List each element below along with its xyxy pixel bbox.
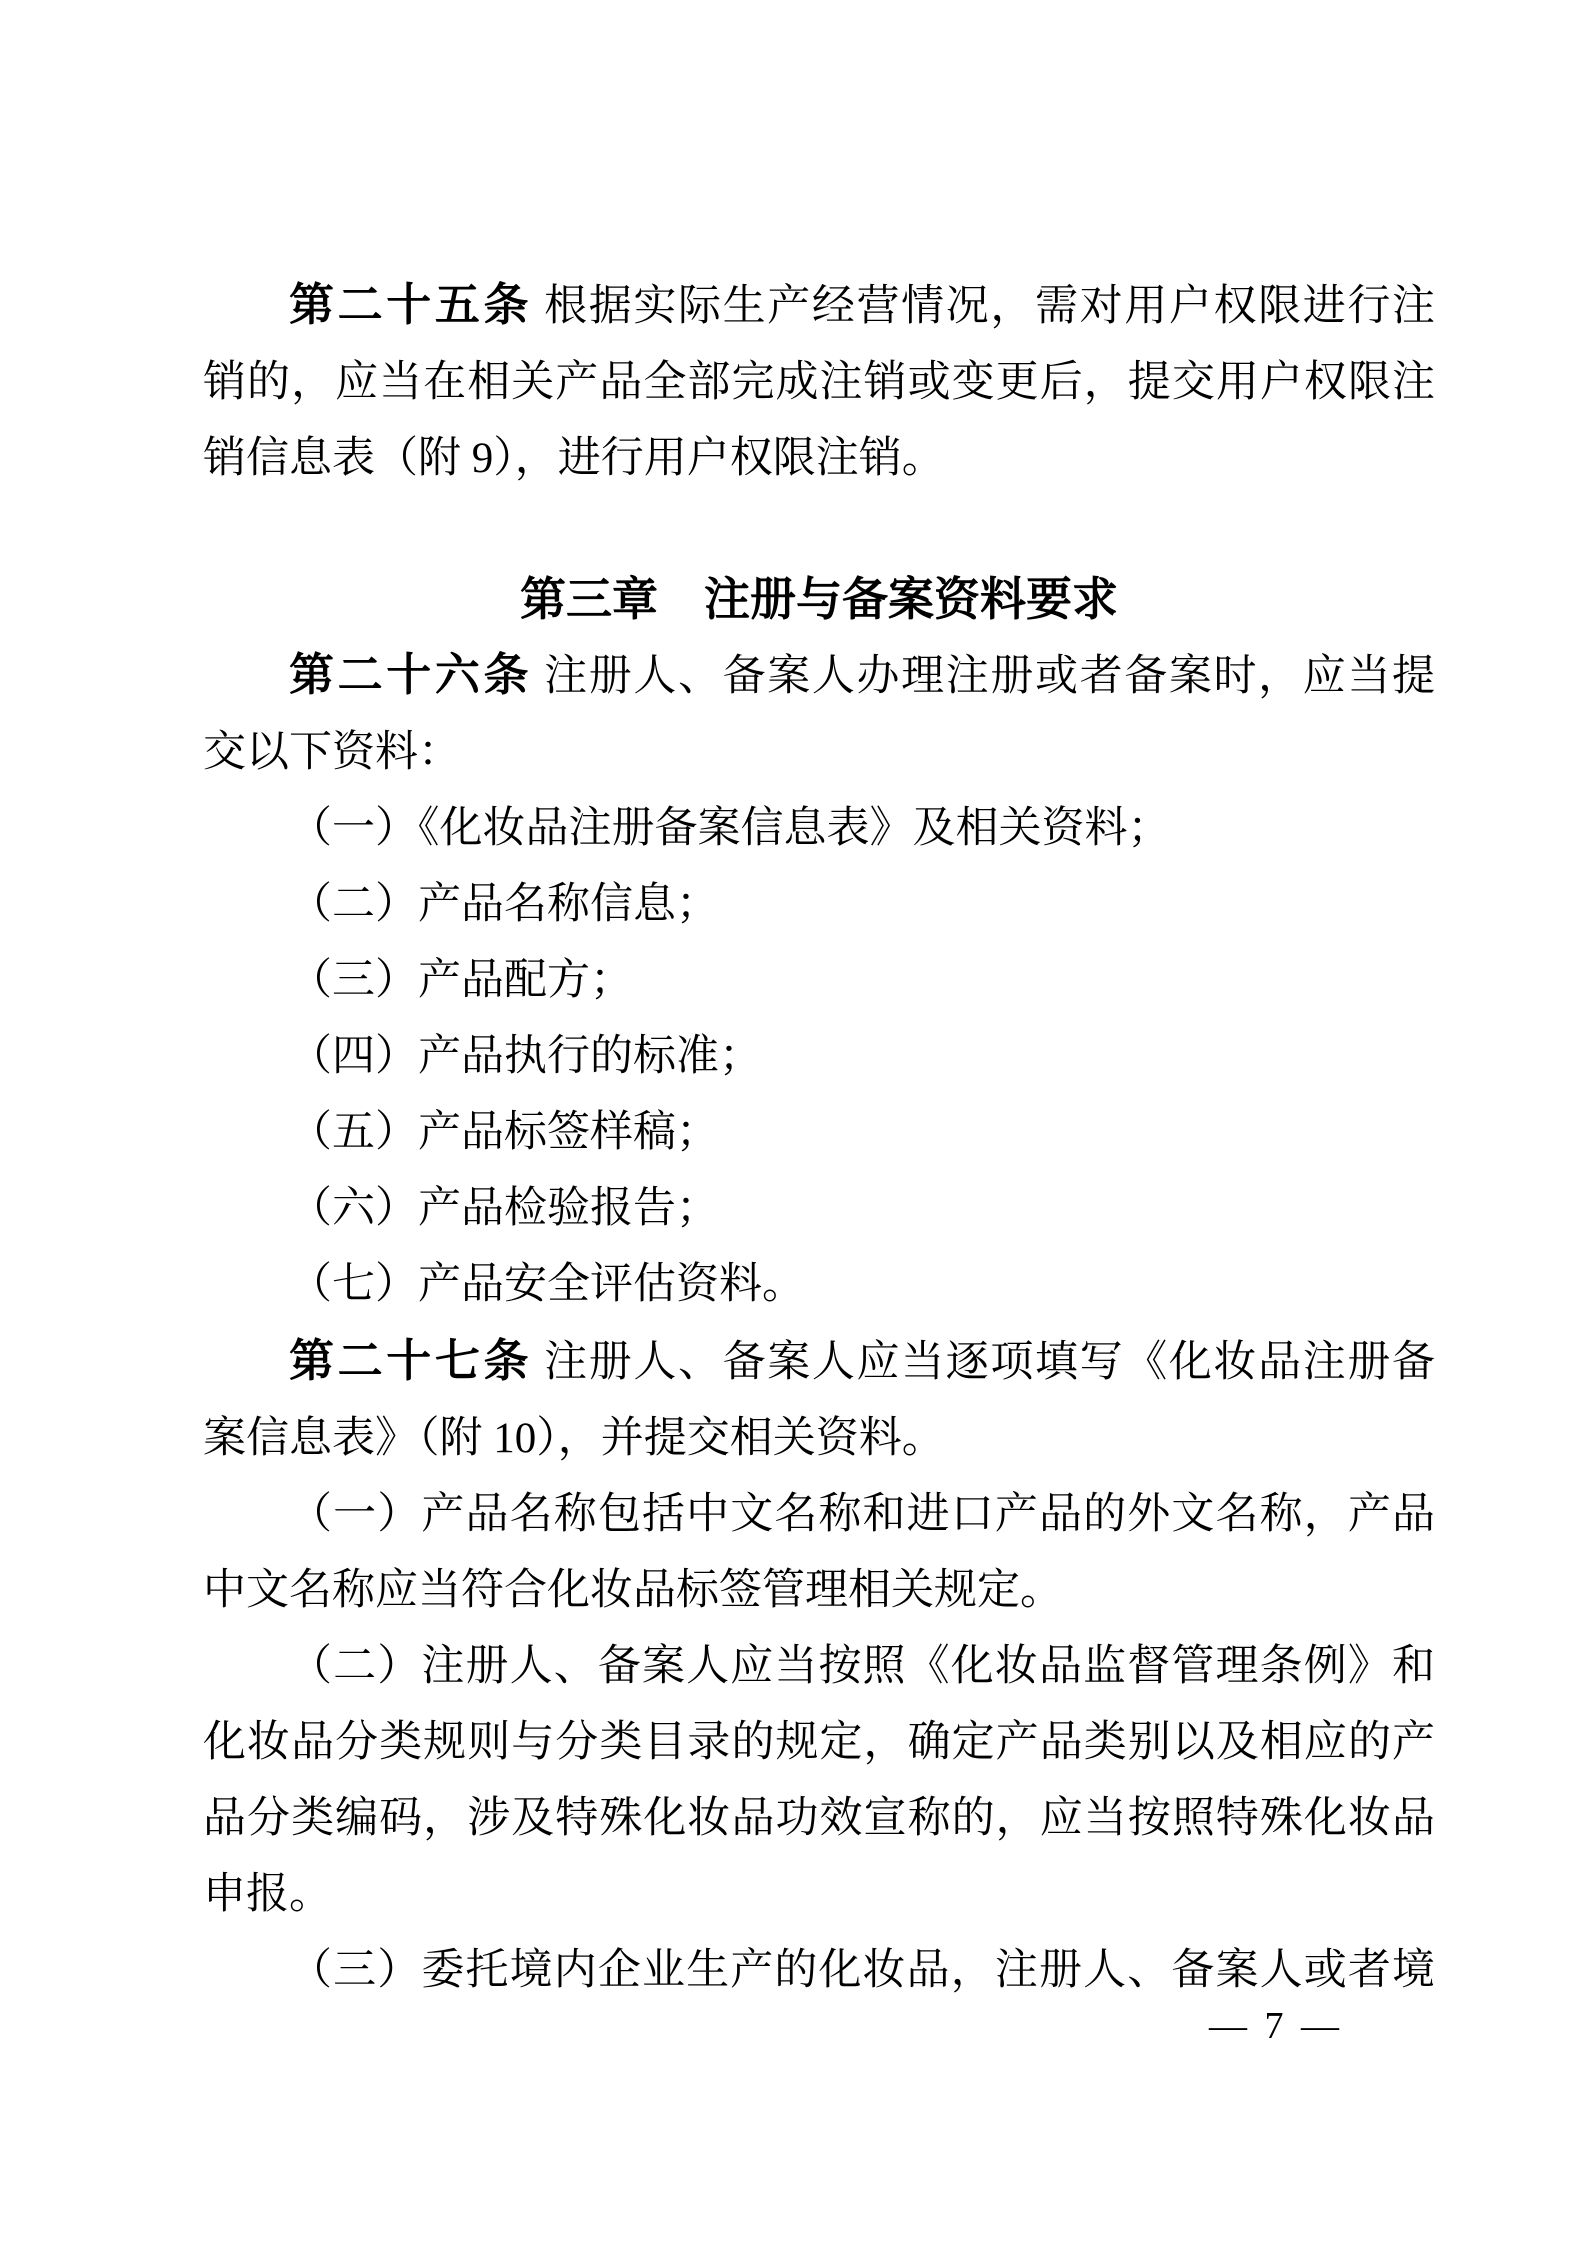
text-line: （三）委托境内企业生产的化妆品，注册人、备案人或者境: [203, 1933, 1435, 2009]
page-number: — 7 —: [1209, 2002, 1343, 2050]
text-segment: 注册人、备案人应当逐项填写《化妆品注册备: [544, 1339, 1435, 1386]
list-item-1: （一）《化妆品注册备案信息表》及相关资料；: [203, 791, 1435, 867]
text-line: 案信息表》（附 10），并提交相关资料。: [203, 1401, 1435, 1477]
article-26-item-list: （一）《化妆品注册备案信息表》及相关资料； （二）产品名称信息； （三）产品配方…: [203, 791, 1435, 1323]
list-item-3: （三）产品配方；: [203, 943, 1435, 1019]
article-27-item-2-paragraph: （二）注册人、备案人应当按照《化妆品监督管理条例》和 化妆品分类规则与分类目录的…: [203, 1629, 1435, 1933]
text-line: 销的，应当在相关产品全部完成注销或变更后，提交用户权限注: [203, 345, 1435, 421]
document-page: 第二十五条根据实际生产经营情况，需对用户权限进行注 销的，应当在相关产品全部完成…: [0, 0, 1587, 2245]
list-item-5: （五）产品标签样稿；: [203, 1095, 1435, 1171]
list-item-2: （二）产品名称信息；: [203, 867, 1435, 943]
text-line: 交以下资料：: [203, 715, 1435, 791]
text-line: 销信息表（附 9），进行用户权限注销。: [203, 421, 1435, 497]
text-line: 申报。: [203, 1857, 1435, 1933]
text-line: 化妆品分类规则与分类目录的规定，确定产品类别以及相应的产: [203, 1705, 1435, 1781]
article-25-number: 第二十五条: [289, 279, 532, 330]
text-line: 第二十七条注册人、备案人应当逐项填写《化妆品注册备: [203, 1323, 1435, 1401]
article-25-paragraph: 第二十五条根据实际生产经营情况，需对用户权限进行注 销的，应当在相关产品全部完成…: [203, 267, 1435, 497]
list-item-4: （四）产品执行的标准；: [203, 1019, 1435, 1095]
article-27-item-1-paragraph: （一）产品名称包括中文名称和进口产品的外文名称，产品 中文名称应当符合化妆品标签…: [203, 1477, 1435, 1629]
text-line: （一）产品名称包括中文名称和进口产品的外文名称，产品: [203, 1477, 1435, 1553]
article-27-number: 第二十七条: [289, 1335, 532, 1386]
document-content: 第二十五条根据实际生产经营情况，需对用户权限进行注 销的，应当在相关产品全部完成…: [203, 267, 1435, 2009]
text-segment: 注册人、备案人办理注册或者备案时，应当提: [544, 653, 1435, 700]
chapter-heading: 第三章 注册与备案资料要求: [203, 561, 1435, 637]
list-item-6: （六）产品检验报告；: [203, 1171, 1435, 1247]
text-line: 第二十六条注册人、备案人办理注册或者备案时，应当提: [203, 637, 1435, 715]
list-item-7: （七）产品安全评估资料。: [203, 1247, 1435, 1323]
article-26-number: 第二十六条: [289, 649, 532, 700]
text-line: （二）注册人、备案人应当按照《化妆品监督管理条例》和: [203, 1629, 1435, 1705]
text-line: 第二十五条根据实际生产经营情况，需对用户权限进行注: [203, 267, 1435, 345]
text-line: 品分类编码，涉及特殊化妆品功效宣称的，应当按照特殊化妆品: [203, 1781, 1435, 1857]
article-27-paragraph: 第二十七条注册人、备案人应当逐项填写《化妆品注册备 案信息表》（附 10），并提…: [203, 1323, 1435, 1477]
text-segment: 根据实际生产经营情况，需对用户权限进行注: [544, 283, 1435, 330]
text-line: 中文名称应当符合化妆品标签管理相关规定。: [203, 1553, 1435, 1629]
article-27-item-3-paragraph: （三）委托境内企业生产的化妆品，注册人、备案人或者境: [203, 1933, 1435, 2009]
article-26-paragraph: 第二十六条注册人、备案人办理注册或者备案时，应当提 交以下资料：: [203, 637, 1435, 791]
